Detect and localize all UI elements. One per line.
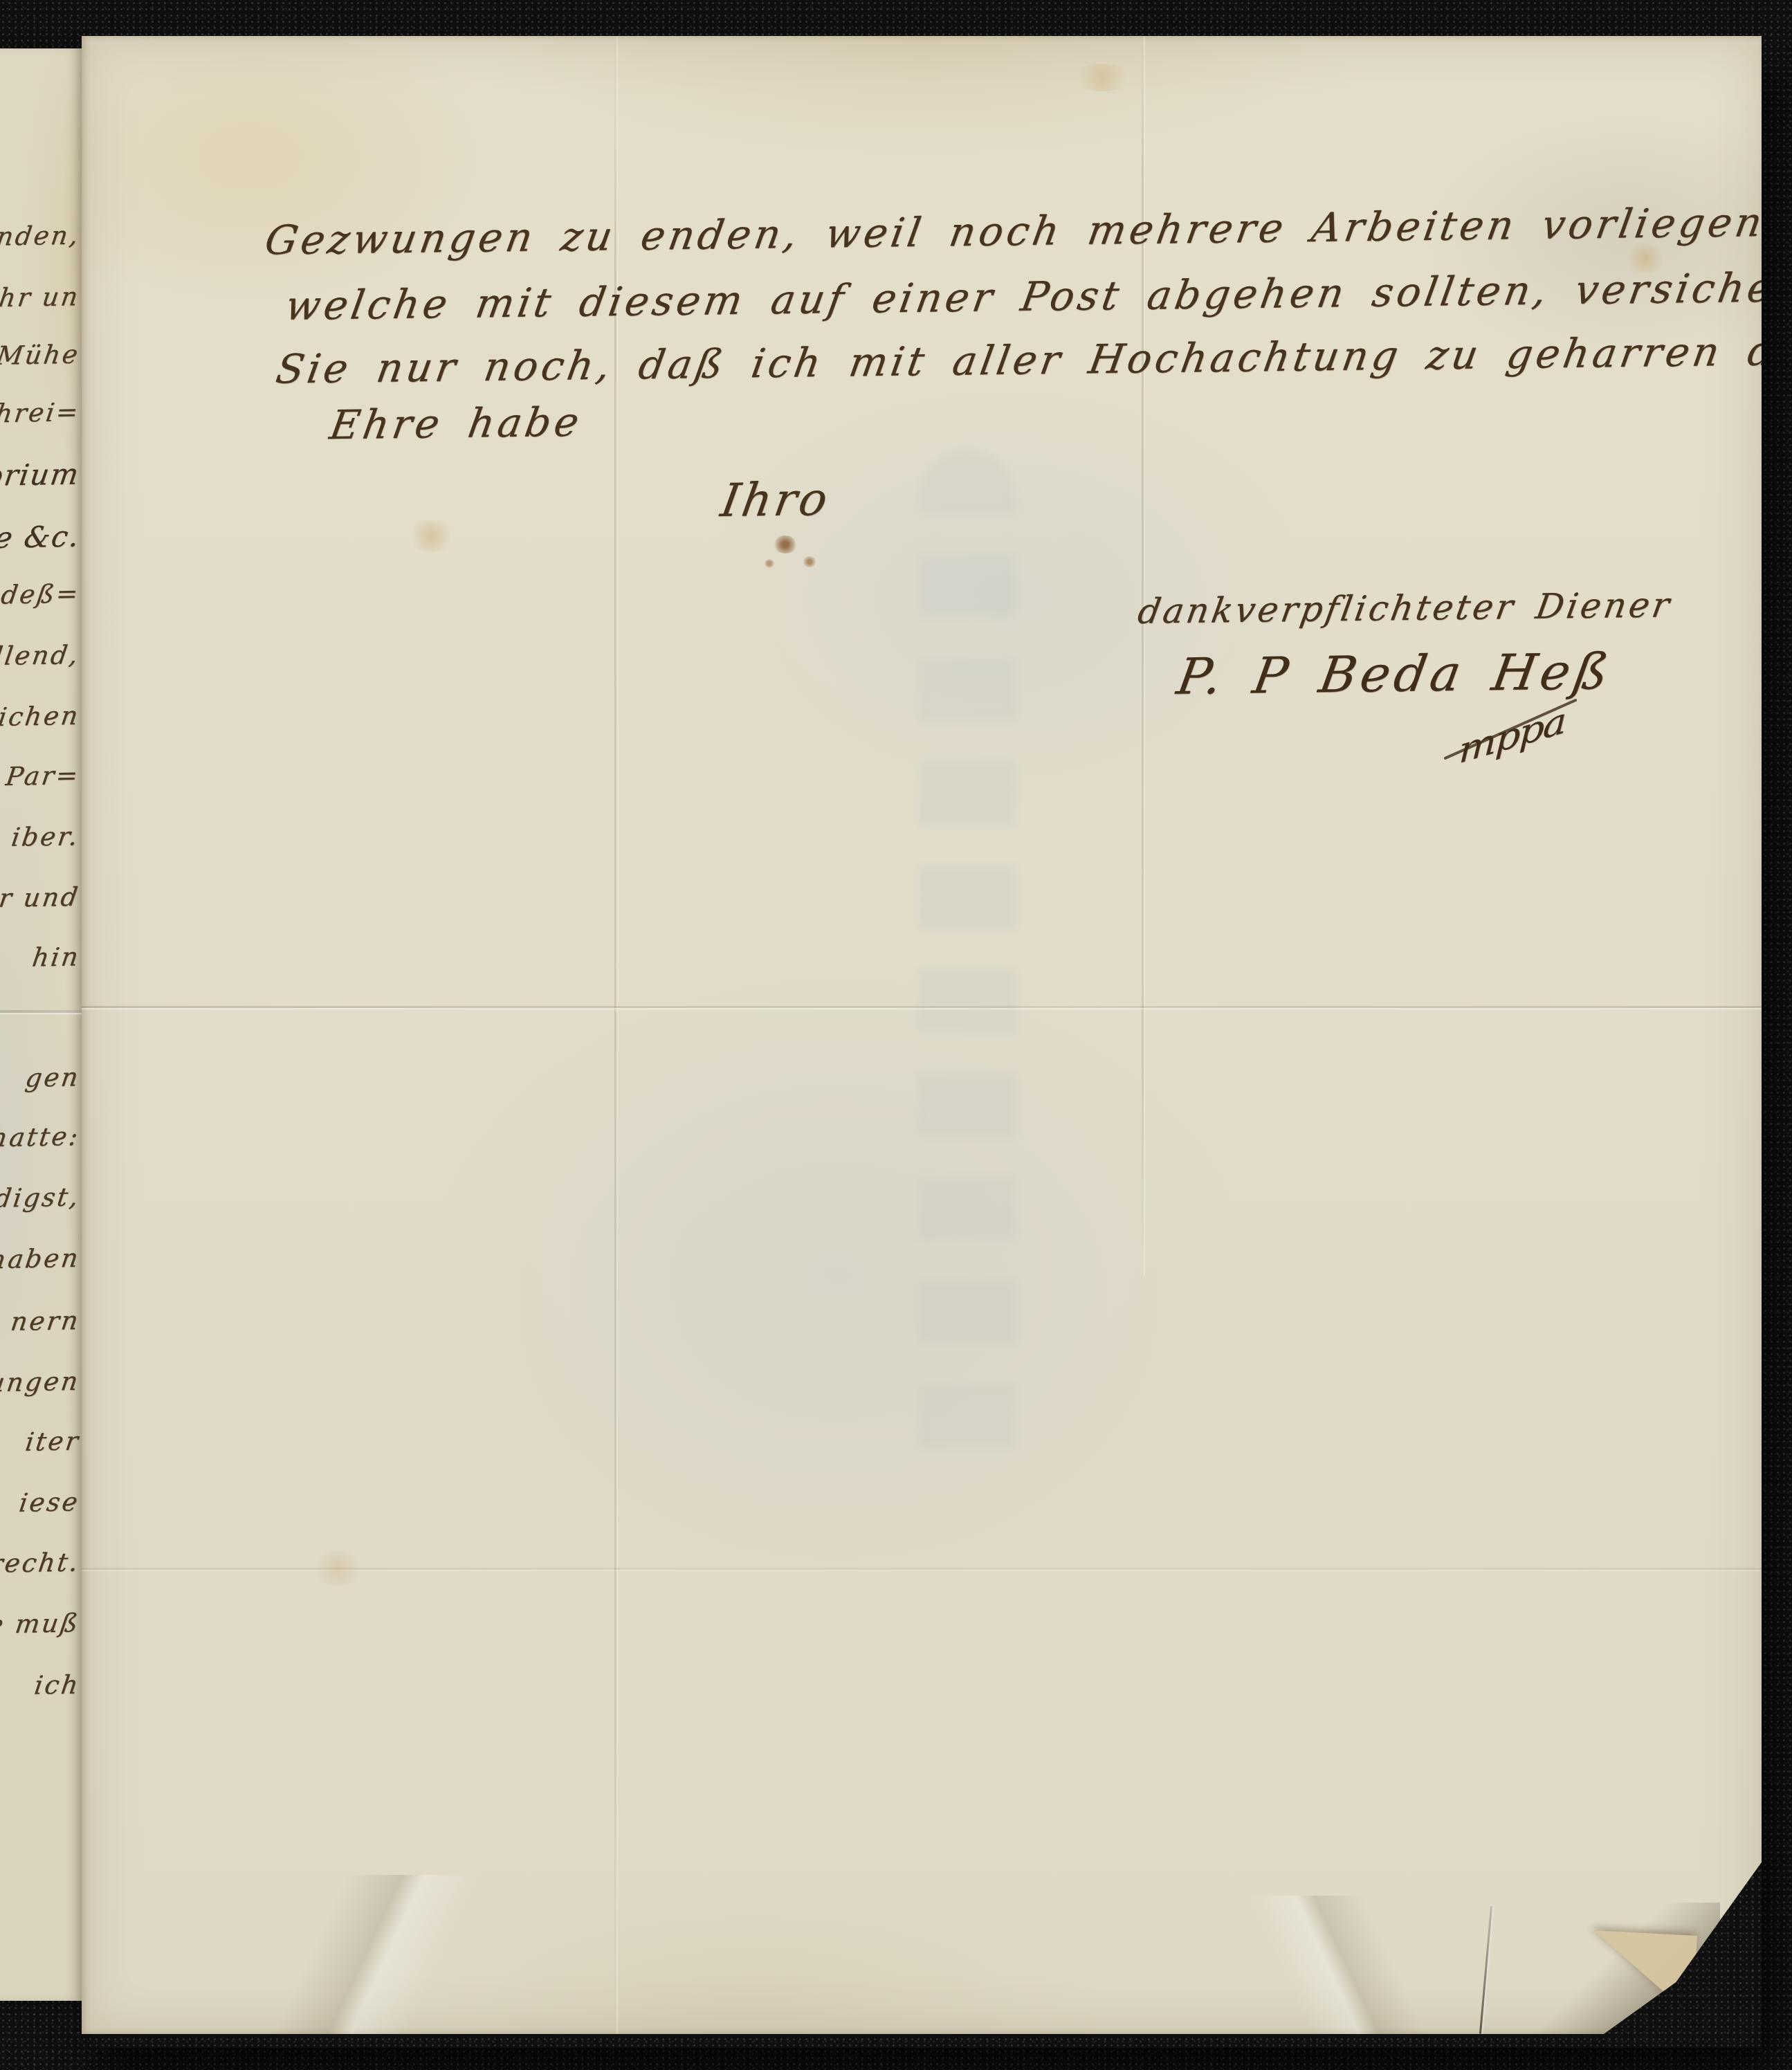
- handwritten-line: Ehre habe: [327, 399, 585, 448]
- salutation: Ihro: [717, 473, 834, 527]
- paper-wrinkle: [123, 1875, 607, 2034]
- signature: P. P Beda Heß: [1173, 642, 1616, 706]
- closing-formula: dankverpflichteter Diener: [1135, 585, 1674, 631]
- fold-crease: [0, 1010, 82, 1013]
- previous-page-edge: Handen, hr un r Mühe m Schrei= rtorium n…: [0, 48, 82, 2001]
- fragment-text: m Schrei=: [0, 397, 82, 430]
- fragment-text: nern: [9, 1306, 82, 1337]
- fragment-text: ich: [32, 1669, 82, 1700]
- fragment-text: rtorium: [0, 457, 82, 493]
- fragment-text: ungen: [0, 1366, 82, 1398]
- paper-wrinkle: [1139, 1896, 1554, 2034]
- ink-stain: [764, 559, 775, 568]
- paper-watermark: [919, 451, 1016, 1489]
- handwritten-line: welche mit diesem auf einer Post abgehen…: [282, 263, 1792, 329]
- fragment-text: haben: [0, 1243, 82, 1274]
- fragment-text: ll recht.: [0, 1547, 82, 1579]
- fragment-text: nte &c.: [0, 520, 82, 556]
- fragment-text: iber.: [10, 821, 82, 852]
- fragment-text: Par=: [4, 760, 82, 791]
- fragment-text: hin: [30, 942, 82, 972]
- foxing-spot: [1071, 64, 1133, 91]
- foxing-spot: [407, 520, 455, 552]
- fragment-text: hr un: [0, 282, 82, 313]
- fragment-text: Handen,: [0, 220, 82, 252]
- handwritten-line: Gezwungen zu enden, weil noch mehrere Ar…: [262, 199, 1785, 264]
- fragment-text: hatte:: [0, 1121, 82, 1153]
- letter-page: Gezwungen zu enden, weil noch mehrere Ar…: [82, 36, 1762, 2034]
- fragment-text: lichen: [0, 701, 82, 732]
- fragment-text: er und: [0, 882, 82, 913]
- fragment-text: t ; deß=: [0, 578, 82, 610]
- fragment-text: r Mühe: [0, 340, 82, 372]
- fragment-text: ürdigst,: [0, 1182, 82, 1214]
- foxing-spot: [310, 1551, 365, 1586]
- handwritten-line: Sie nur noch, daß ich mit aller Hochacht…: [273, 327, 1792, 392]
- fold-crease-vertical: [614, 36, 616, 2034]
- fragment-text: iter: [24, 1426, 82, 1456]
- fold-crease-horizontal: [82, 1006, 1762, 1008]
- ink-stain: [803, 556, 816, 567]
- scan-scene: Handen, hr un r Mühe m Schrei= rtorium n…: [0, 0, 1792, 2070]
- fragment-text: llend,: [0, 640, 82, 671]
- fragment-text: gen: [23, 1062, 82, 1092]
- fragment-text: eße muß: [0, 1608, 82, 1640]
- fragment-text: iese: [17, 1487, 82, 1518]
- ink-stain: [774, 535, 797, 553]
